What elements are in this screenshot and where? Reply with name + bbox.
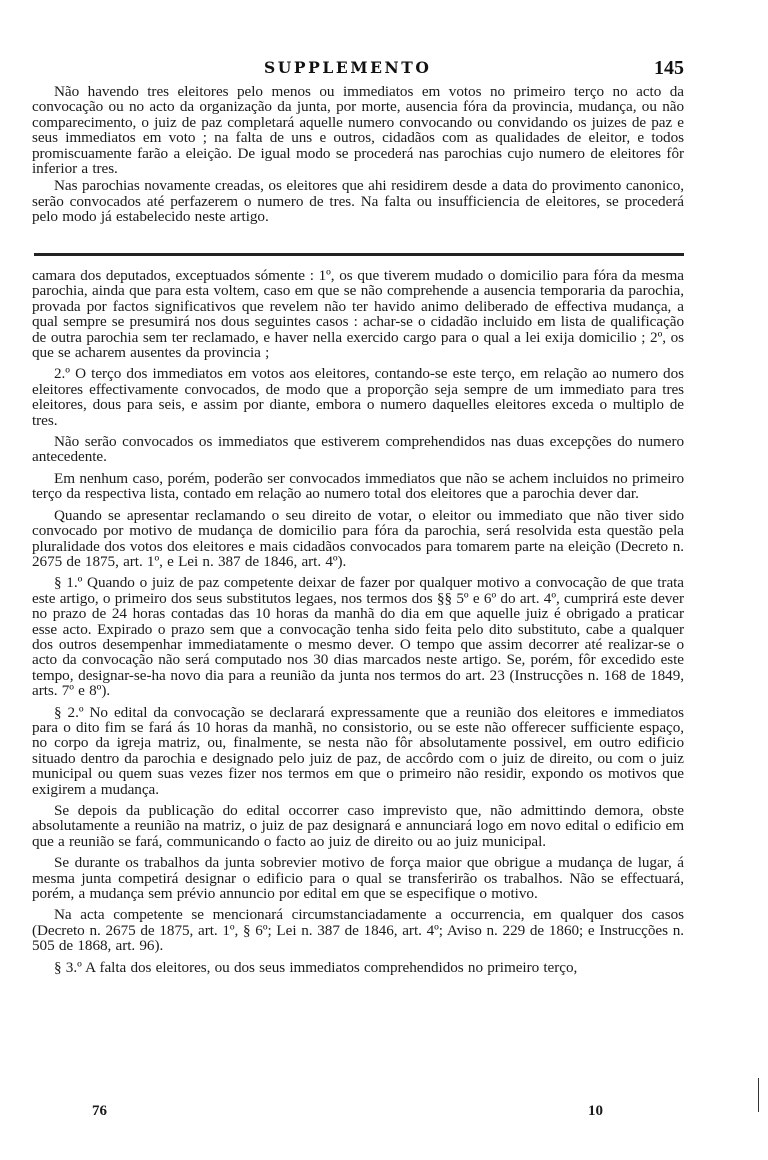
section-divider xyxy=(34,253,684,256)
running-title: SUPPLEMENTO xyxy=(264,58,432,77)
paragraph: Nas parochias novamente creadas, os elei… xyxy=(32,178,684,224)
paragraph: Não serão convocados os immediatos que e… xyxy=(32,434,684,465)
paragraph: § 3.º A falta dos eleitores, ou dos seus… xyxy=(32,960,684,975)
paragraph: Se durante os trabalhos da junta sobrevi… xyxy=(32,855,684,901)
main-text-section: camara dos deputados, exceptuados sóment… xyxy=(32,268,684,981)
page-header: SUPPLEMENTO 145 xyxy=(32,58,684,80)
upper-text-section: Não havendo tres eleitores pelo menos ou… xyxy=(32,84,684,227)
paragraph: § 1.º Quando o juiz de paz competente de… xyxy=(32,575,684,698)
scan-margin-mark xyxy=(758,1078,759,1112)
paragraph: camara dos deputados, exceptuados sóment… xyxy=(32,268,684,360)
paragraph: 2.º O terço dos immediatos em votos aos … xyxy=(32,366,684,428)
paragraph: Em nenhum caso, porém, poderão ser convo… xyxy=(32,471,684,502)
paragraph: Não havendo tres eleitores pelo menos ou… xyxy=(32,84,684,176)
signature-mark-right: 10 xyxy=(588,1103,603,1120)
paragraph: Na acta competente se mencionará circums… xyxy=(32,907,684,953)
paragraph: Se depois da publicação do edital occorr… xyxy=(32,803,684,849)
paragraph: Quando se apresentar reclamando o seu di… xyxy=(32,508,684,570)
printer-signatures: 76 10 xyxy=(32,1103,684,1123)
page-number: 145 xyxy=(654,57,684,80)
paragraph: § 2.º No edital da convocação se declara… xyxy=(32,705,684,797)
signature-mark-left: 76 xyxy=(92,1103,107,1120)
